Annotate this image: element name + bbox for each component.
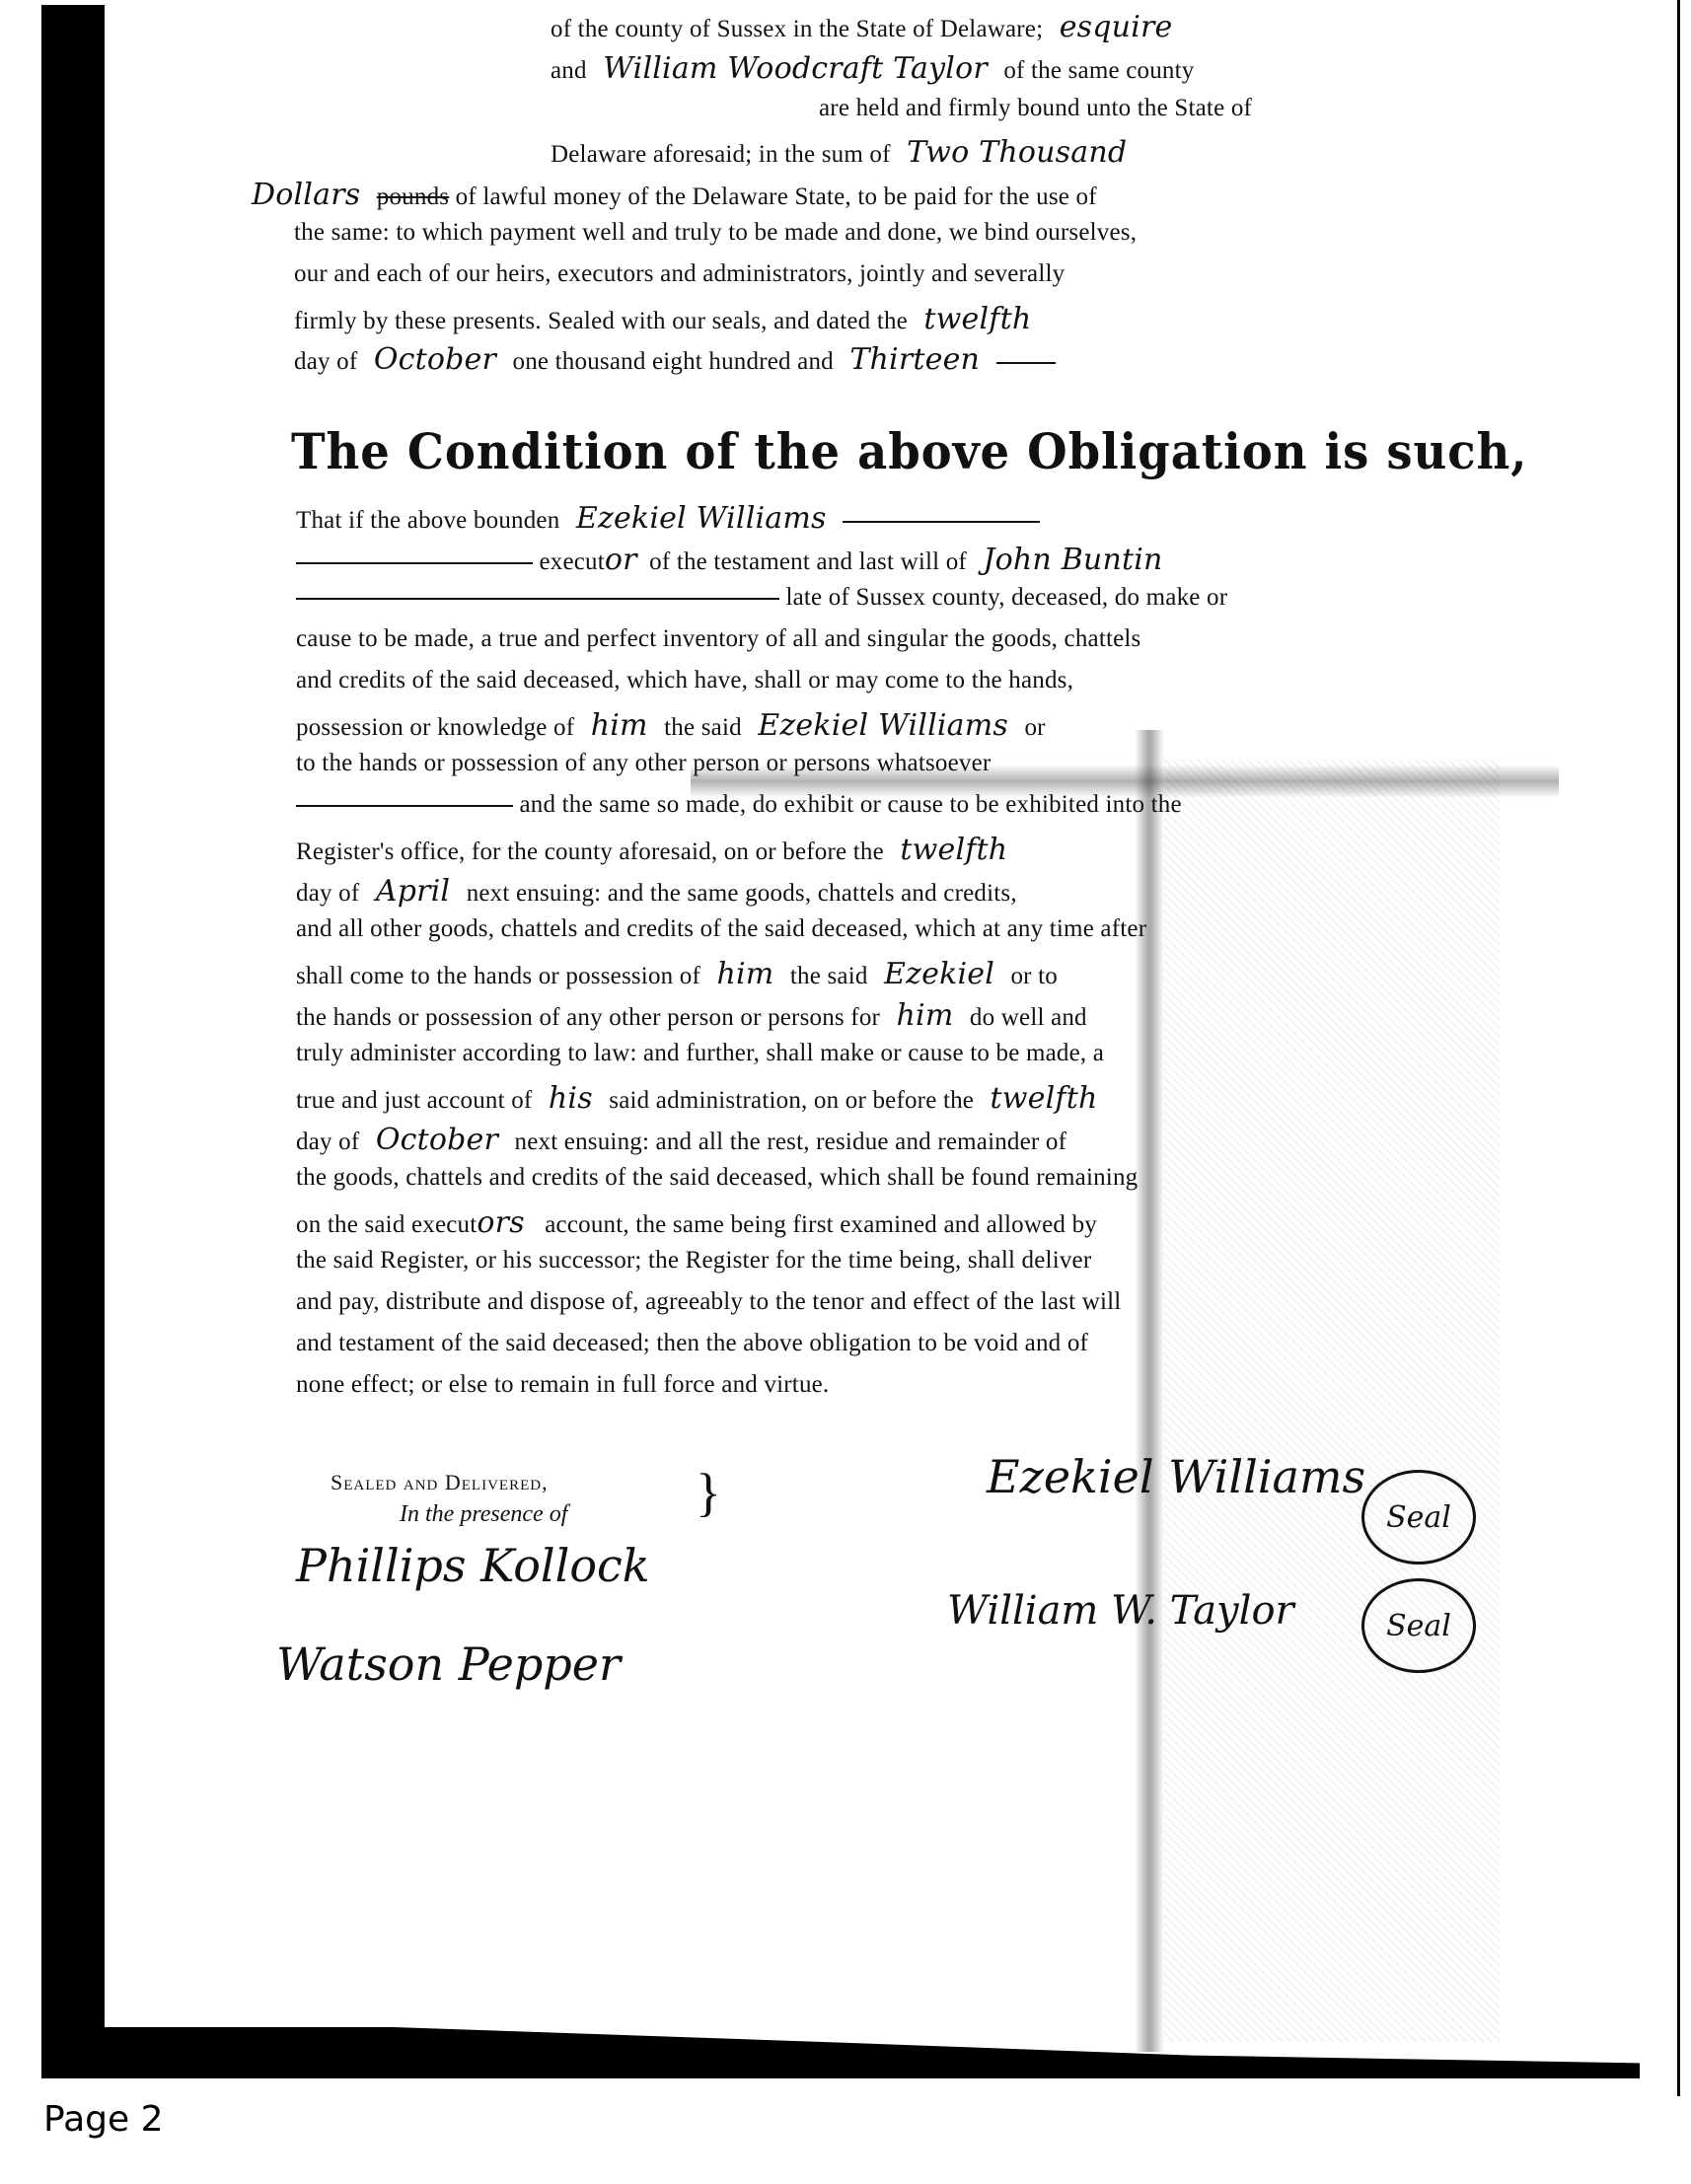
- handwritten-suffix: or: [605, 543, 637, 577]
- sealed-delivered-label: Sealed and Delivered,: [331, 1470, 549, 1495]
- condition-line-22: none effect; or else to remain in full f…: [296, 1371, 829, 1399]
- blank-rule: [296, 805, 513, 807]
- bond-line-2: and William Woodcraft Taylor of the same…: [551, 51, 1194, 86]
- bond-line-4: Delaware aforesaid; in the sum of Two Th…: [551, 135, 1137, 170]
- handwritten-deceased-name: John Buntin: [983, 543, 1162, 577]
- seal-1: Seal: [1361, 1470, 1476, 1565]
- scan-left-border: [41, 5, 105, 2076]
- bond-line-8: firmly by these presents. Sealed with ou…: [294, 302, 1041, 336]
- condition-line-2: executor of the testament and last will …: [296, 543, 1173, 577]
- seal-2: Seal: [1361, 1578, 1476, 1673]
- page-number-label: Page 2: [43, 2099, 164, 2140]
- scan-smudge: [1164, 760, 1500, 2042]
- blank-rule: [996, 362, 1056, 364]
- bond-line-9: day of October one thousand eight hundre…: [294, 342, 1056, 377]
- condition-line-1: That if the above bounden Ezekiel Willia…: [296, 501, 1040, 536]
- condition-heading: The Condition of the above Obligation is…: [291, 422, 1527, 480]
- handwritten-title: esquire: [1060, 10, 1173, 44]
- blank-rule: [296, 598, 779, 600]
- brace-symbol: }: [696, 1466, 721, 1519]
- bond-line-7: our and each of our heirs, executors and…: [294, 260, 1065, 288]
- condition-line-10: day of April next ensuing: and the same …: [296, 874, 1017, 909]
- condition-line-12: shall come to the hands or possession of…: [296, 957, 1058, 991]
- blank-rule: [296, 562, 533, 564]
- handwritten-amount: Two Thousand: [907, 135, 1127, 170]
- condition-line-9: Register's office, for the county afores…: [296, 833, 1017, 867]
- condition-line-4: cause to be made, a true and perfect inv…: [296, 625, 1140, 653]
- condition-line-21: and testament of the said deceased; then…: [296, 1330, 1088, 1357]
- condition-line-5: and credits of the said deceased, which …: [296, 667, 1073, 694]
- condition-line-14: truly administer according to law: and f…: [296, 1040, 1104, 1067]
- handwritten-name: William Woodcraft Taylor: [603, 51, 988, 86]
- witness-signature-2: Watson Pepper: [276, 1638, 621, 1691]
- condition-line-19: the said Register, or his successor; the…: [296, 1247, 1091, 1274]
- signer-signature-1: Ezekiel Williams: [987, 1450, 1365, 1503]
- condition-line-17: the goods, chattels and credits of the s…: [296, 1164, 1138, 1192]
- scan-right-border: [1677, 0, 1680, 2096]
- handwritten-month: October: [374, 342, 496, 377]
- condition-line-13: the hands or possession of any other per…: [296, 998, 1087, 1033]
- witness-signature-1: Phillips Kollock: [296, 1539, 650, 1592]
- bond-line-3: are held and firmly bound unto the State…: [819, 95, 1252, 122]
- condition-line-8: and the same so made, do exhibit or caus…: [296, 791, 1182, 819]
- bond-line-5: Dollars pounds of lawful money of the De…: [242, 178, 1097, 212]
- bond-line-1: of the county of Sussex in the State of …: [551, 10, 1182, 44]
- handwritten-day: twelfth: [923, 302, 1031, 336]
- signer-signature-2: William W. Taylor: [947, 1588, 1294, 1634]
- condition-line-16: day of October next ensuing: and all the…: [296, 1123, 1066, 1157]
- presence-label: In the presence of: [400, 1501, 567, 1528]
- handwritten-name: Ezekiel Williams: [576, 501, 827, 536]
- condition-line-15: true and just account of his said admini…: [296, 1081, 1108, 1116]
- handwritten-year: Thirteen: [849, 342, 980, 377]
- blank-rule: [843, 521, 1040, 523]
- handwritten-currency: Dollars: [252, 178, 360, 212]
- condition-line-6: possession or knowledge of him the said …: [296, 708, 1046, 743]
- condition-line-7: to the hands or possession of any other …: [296, 750, 991, 777]
- condition-line-20: and pay, distribute and dispose of, agre…: [296, 1288, 1121, 1316]
- condition-line-11: and all other goods, chattels and credit…: [296, 915, 1146, 943]
- struck-word: pounds: [377, 183, 449, 210]
- condition-line-18: on the said executors account, the same …: [296, 1205, 1097, 1240]
- bond-line-6: the same: to which payment well and trul…: [294, 219, 1137, 247]
- condition-line-3: late of Sussex county, deceased, do make…: [296, 584, 1227, 612]
